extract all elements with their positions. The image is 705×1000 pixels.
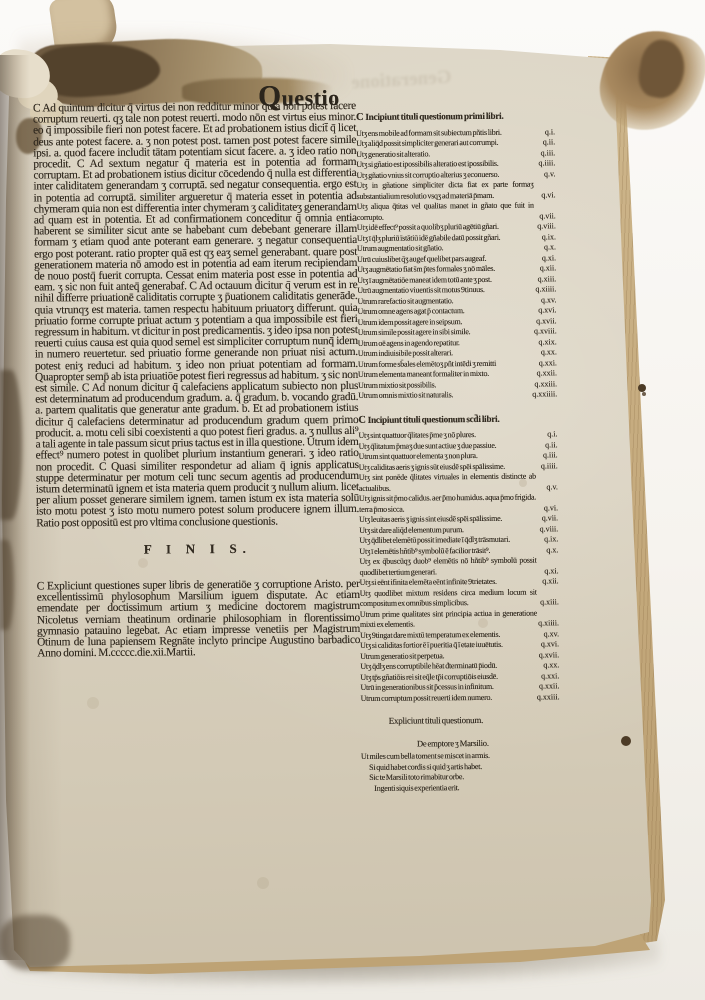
question-text: Utrum corruptum possit reuerti idem nume…: [361, 692, 493, 702]
question-text: Utʒ si gñatio est ipossibilis alteratio …: [356, 159, 498, 169]
question-text: Utʒ aliq̄d possit simpliciter generari a…: [356, 138, 498, 148]
poem-line: Ingenti siquis experientia erit.: [374, 782, 560, 794]
book1-question-list: Utʒ ens mobile ad formam sit subiectum p…: [356, 127, 557, 402]
question-number: q.iiii.: [538, 158, 555, 169]
question-number: q.i.: [545, 127, 555, 138]
question-text: Utrum elementa maneant formaliter in mix…: [358, 369, 489, 379]
question-number: q.xvii.: [539, 650, 560, 661]
question-text: Utʒ gñatio vnius sit corruptio alterius …: [356, 169, 499, 179]
question-row: Utrum omnis mixtio sit naturalis.q.xxiii…: [358, 389, 557, 401]
question-number: q.ix.: [542, 232, 556, 243]
question-number: q.ii.: [543, 137, 556, 148]
question-number: q.xvii.: [536, 316, 557, 327]
question-row: Utrum prime qualitates sint principia ac…: [360, 608, 559, 631]
question-number: q.xvi.: [538, 305, 556, 316]
main-text-paragraph: C Ad quintum dicitur q̄ virtus dei non r…: [33, 101, 359, 529]
question-row: Utʒ in gñatione simpliciter dicta fiat e…: [356, 179, 555, 202]
question-text: Utʒ q̄dlʒ ens corruptibile hēat đtermina…: [360, 661, 497, 671]
question-text: Utrum prime qualitates sint principia ac…: [360, 608, 537, 629]
question-number: q.vii.: [542, 513, 559, 524]
question-number: q.xxi.: [539, 358, 557, 369]
question-text: Utrum simile possit agere in sibi simile…: [358, 327, 471, 337]
question-text: Utʒ sit dare aliq̄d elementum purum.: [359, 525, 464, 535]
question-text: Utʒ aliqua q̄titas vel qualitas manet in…: [357, 201, 534, 222]
question-text: Utrum indiuisibile possit alterari.: [358, 348, 453, 358]
question-number: q.xvi.: [541, 639, 559, 650]
book1-heading-text: Incipiunt tituli questionum primi libri.: [365, 111, 503, 122]
question-number: q.xv.: [541, 295, 557, 306]
question-number: q.viii.: [540, 524, 559, 535]
book2-question-list: Utʒ sint quattuor q̄litates p̄me ʒ nō pl…: [358, 429, 559, 704]
question-number: q.vi.: [544, 503, 558, 514]
question-number: q.x.: [546, 545, 558, 556]
question-text: Utrum idem possit agere in seipsum.: [358, 317, 463, 327]
question-text: Utʒ idē effect⁹ possit a quolibʒ pluriū …: [357, 222, 499, 232]
question-text: Utʒ q̄dlibet elemētū possit imediate ī q…: [359, 535, 510, 545]
epigram-heading: De emptore ʒ Marsilio.: [417, 737, 560, 749]
question-text: Utʒ quodlibet mixtum residens circa medi…: [360, 587, 537, 608]
question-number: q.xii.: [542, 576, 559, 587]
question-text: Utʒ augmētatio fiat s̄m p̄tes formales ʒ…: [357, 264, 495, 274]
question-number: q.ii.: [545, 440, 558, 451]
question-text: Utʒ 9tingat dare mixtū temperatum ex ele…: [360, 629, 500, 639]
question-number: q.xxiii.: [537, 692, 560, 703]
question-number: q.xxii.: [539, 681, 560, 692]
book1-heading: CIncipiunt tituli questionum primi libri…: [356, 110, 555, 123]
question-text: Utrum generatio sit perpetua.: [360, 651, 444, 661]
question-number: q.xix.: [538, 337, 556, 348]
question-text: Utrum sint quattuor elementa ʒ non plura…: [359, 451, 478, 461]
question-number: q.xi.: [542, 253, 556, 264]
question-text: Utrū in generationibus sit p̄cessus in i…: [360, 682, 493, 692]
question-number: q.xxiii.: [534, 379, 557, 390]
question-number: q.xv.: [544, 629, 560, 640]
question-number: q.xxi.: [541, 671, 559, 682]
question-number: q.ix.: [544, 534, 558, 545]
question-row: Utʒ sint ponēde q̄litates virtuales in e…: [359, 471, 558, 494]
question-number: q.xii.: [540, 263, 557, 274]
question-text: Utʒ generatio sit alteratio.: [356, 149, 430, 159]
question-text: Utʒ caliditas aeris ʒ ignis sūt eiusdē s…: [359, 461, 505, 471]
question-number: q.xviii.: [534, 326, 557, 337]
question-text: Utʒ in gñatione simpliciter dicta fiat e…: [356, 180, 533, 201]
photo-backdrop: Generatione Questio C Ad quintum dicitur…: [0, 0, 705, 1000]
question-row: Utrum corruptum possit reuerti idem nume…: [361, 692, 560, 704]
question-number: q.xiiii.: [535, 284, 556, 295]
question-text: Utʒ ī augmētatiōe maneat idem totū ante …: [357, 274, 492, 284]
question-text: Utrum omnis mixtio sit naturalis.: [358, 390, 453, 400]
question-number: q.xxii.: [537, 368, 558, 379]
question-text: Utʒ ex q̄buscūqʒ duob⁹ elemētis nō hñtib…: [359, 556, 536, 577]
question-text: Utrum omne agens agat p̄ contactum.: [357, 306, 464, 316]
question-text: Utʒ ens mobile ad formam sit subiectum p…: [356, 127, 502, 137]
left-column: C Ad quintum dicitur q̄ virtus dei non r…: [33, 101, 360, 660]
question-text: Utʒ sint ponēde q̄litates virtuales in e…: [359, 472, 536, 493]
question-row: Utʒ ex q̄buscūqʒ duob⁹ elemētis nō hñtib…: [359, 555, 558, 578]
question-number: q.i.: [547, 429, 557, 440]
question-row: Utʒ ignis sit p̄mo calidus. aer p̄mo hum…: [359, 492, 558, 515]
ink-specks: [638, 384, 646, 392]
question-number: q.x.: [544, 242, 556, 253]
question-number: q.xx.: [541, 347, 557, 358]
question-number: q.viii.: [537, 221, 556, 232]
question-text: Utrū augmentatio viuentis sit motus 9tin…: [357, 285, 484, 295]
printed-text-layer: Generatione Questio C Ad quintum dicitur…: [0, 0, 705, 1000]
question-number: q.iii.: [541, 148, 556, 159]
capitulum-icon: C: [358, 414, 367, 425]
question-text: Utʒ sint quattuor q̄litates p̄me ʒ nō pl…: [358, 430, 475, 440]
finis-line: F I N I S.: [36, 542, 359, 556]
question-row: Utʒ aliqua q̄titas vel qualitas manet in…: [357, 200, 556, 223]
epigram-poem: Ut miles cum bella toment se miscet in a…: [361, 750, 560, 794]
question-text: Utʒ leuitas aeris ʒ ignis sint eiusdē sp…: [359, 514, 502, 524]
right-column: CIncipiunt tituli questionum primi libri…: [356, 110, 560, 794]
question-text: Utrum augmentatio sit gñatio.: [357, 243, 443, 253]
question-number: q.xx.: [543, 660, 559, 671]
question-text: Utrum forme sb̄ales elemētoʒ pñt intēdi …: [358, 358, 496, 368]
question-number: q.xiii.: [540, 597, 559, 608]
question-number: q.v.: [546, 482, 558, 493]
question-number: q.xiii.: [538, 274, 557, 285]
question-text: Utʒ ignis sit p̄mo calidus. aer p̄mo hum…: [359, 493, 536, 514]
question-text: Utrum oē agens in agendo repatitur.: [358, 338, 460, 348]
question-number: q.xiiii.: [538, 618, 559, 629]
capitulum-icon: C: [356, 112, 365, 123]
question-text: Utʒ tp̄s gñatiōis rei sit eq̄le tp̄i cor…: [360, 671, 498, 681]
question-text: Utʒ ī elemētis hñtib⁹ symbolū ē facilior…: [359, 545, 490, 555]
question-text: Utrum rarefactio sit augmentatio.: [357, 296, 453, 306]
question-number: q.xi.: [544, 566, 558, 577]
question-text: Utrum mixtio sit possibilis.: [358, 380, 436, 390]
question-number: q.iiii.: [541, 461, 558, 472]
question-text: Utʒ ī q̄lʒ pluriū īstātiū idē gñabile da…: [357, 232, 501, 242]
colophon-paragraph: C Expliciunt questiones super libris de …: [37, 579, 361, 660]
question-text: Utʒ si eēnt ifinita elemēta eēnt infinit…: [360, 577, 497, 587]
question-number: q.vii.: [539, 211, 556, 222]
explicit-line: Expliciunt tituli questionum.: [389, 714, 560, 726]
question-row: Utʒ quodlibet mixtum residens circa medi…: [360, 587, 559, 610]
question-number: q.v.: [544, 169, 556, 180]
question-text: Utʒ si caliditas fortior ē ī pueritia q̄…: [360, 640, 503, 650]
question-number: q.xxiiii.: [532, 389, 557, 400]
question-text: Utʒ q̄litatum p̄maʒ due sunt actiue ʒ du…: [359, 440, 497, 450]
question-number: q.iii.: [543, 450, 558, 461]
book2-heading: CIncipiunt tituli questionum scd̄i libri…: [358, 413, 557, 426]
question-number: q.vi.: [541, 190, 555, 201]
book2-heading-text: Incipiunt tituli questionum scd̄i libri.: [368, 413, 500, 424]
question-text: Utrū cuiuslibet q̄ʒ augef quelibet pars …: [357, 253, 486, 263]
